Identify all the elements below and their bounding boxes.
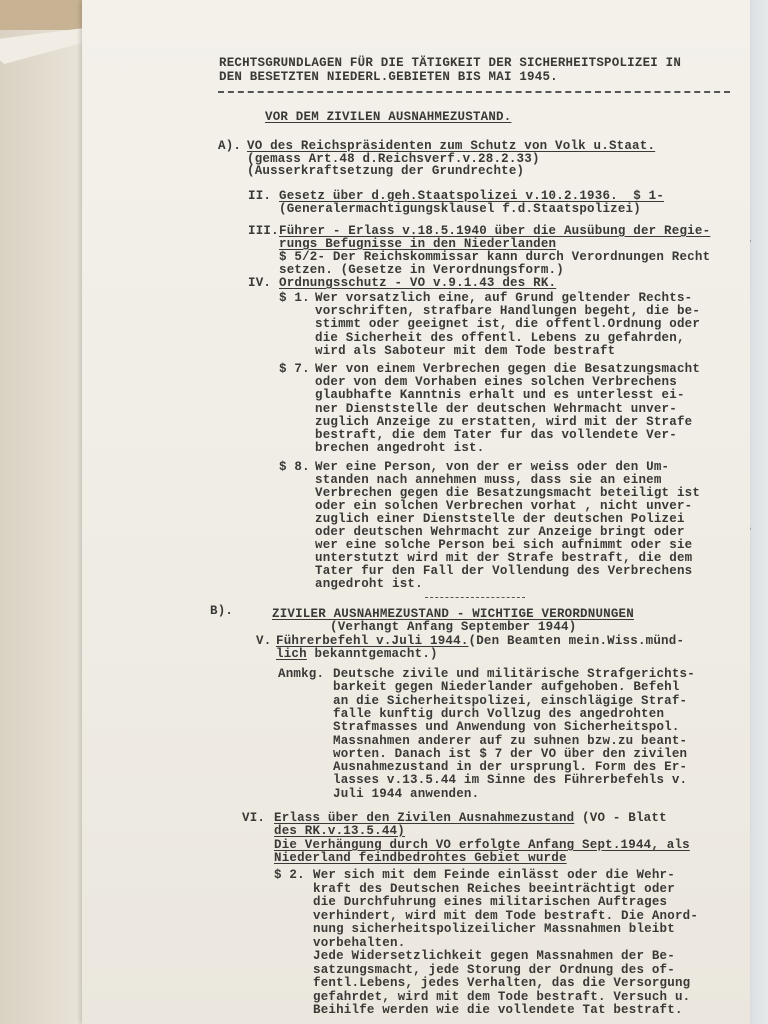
section-v-note: (Den Beamten mein.Wiss.münd- xyxy=(469,634,685,648)
section-vi-title: Erlass über den Zivilen Ausnahmezustand xyxy=(274,811,574,825)
section-vi-line1: Erlass über den Zivilen Ausnahmezustand … xyxy=(274,811,667,825)
section-iv-title: Ordnungsschutz - VO v.9.1.43 des RK. xyxy=(279,276,556,290)
paragraph-line: Deutsche zivile und militärische Strafge… xyxy=(333,667,695,681)
section-b-line2: (Verhangt Anfang September 1944) xyxy=(330,620,576,634)
paragraph-line: Juli 1944 anwenden. xyxy=(333,787,479,801)
paragraph-line: oder von dem Vorhaben eines solchen Verb… xyxy=(315,375,677,389)
section-vi-label: VI. xyxy=(242,811,265,825)
section-vi-line4: Niederland feindbedrohtes Gebiet wurde xyxy=(274,851,567,865)
paragraph-line: Wer sich mit dem Feinde einlässt oder di… xyxy=(313,868,675,882)
paragraph-8-label: $ 8. xyxy=(279,460,310,474)
section-v-label: V. xyxy=(256,634,271,648)
paragraph-line: ner Dienststelle der deutschen Wehrmacht… xyxy=(315,402,677,416)
section-b-title: ZIVILER AUSNAHMEZUSTAND - WICHTIGE VEROR… xyxy=(272,607,634,621)
section-a-line3: (Ausserkraftsetzung der Grundrechte) xyxy=(247,164,524,178)
paragraph-line: Wer von einem Verbrechen gegen die Besat… xyxy=(315,362,700,376)
section-iii-title: Führer - Erlass v.18.5.1940 über die Aus… xyxy=(279,224,710,238)
paragraph-line: oder deutschen Wehrmacht zur Anzeige bri… xyxy=(315,525,685,539)
document-title-line2: DEN BESETZTEN NIEDERL.GEBIETEN BIS MAI 1… xyxy=(219,70,558,84)
section-v-line2: lich bekanntgemacht.) xyxy=(276,647,438,661)
section-ii-title: Gesetz über d.geh.Staatspolizei v.10.2.1… xyxy=(279,189,664,203)
section-v-line1: Führerbefehl v.Juli 1944.(Den Beamten me… xyxy=(276,634,684,648)
paragraph-line: brechen angedroht ist. xyxy=(315,441,484,455)
paragraph-line: gefahrdet, wird mit dem Tode bestraft. V… xyxy=(313,990,690,1004)
paragraph-line: worten. Danach ist $ 7 der VO über den z… xyxy=(333,747,687,761)
paragraph-1-label: $ 1. xyxy=(279,291,310,305)
paragraph-line: oder ein solchen Verbrechen vorhat , nic… xyxy=(315,499,692,513)
paragraph-2-label: $ 2. xyxy=(274,868,305,882)
section-iii-line3: $ 5/2- Der Reichskommissar kann durch Ve… xyxy=(279,250,710,264)
paragraph-line: barkeit gegen Niederlander aufgehoben. B… xyxy=(333,680,680,694)
section-iii-line2: rungs Befugnisse in den Niederlanden xyxy=(279,237,556,251)
section-vi-line3: Die Verhängung durch VO erfolgte Anfang … xyxy=(274,838,690,852)
paragraph-line: unterstutzt wird mit der Strafe bestraft… xyxy=(315,551,692,565)
background-folder xyxy=(0,0,84,30)
paragraph-line: falle kunftig durch Vollzug des angedroh… xyxy=(333,707,664,721)
paragraph-line: Verbrechen gegen die Besatzungsmacht bet… xyxy=(315,486,700,500)
paragraph-line: Massnahmen anderer auf zu suhnen bzw.zu … xyxy=(333,734,687,748)
section-iii-line4: setzen. (Gesetze in Verordnungsform.) xyxy=(279,263,564,277)
paragraph-line: an die Sicherheitspolizei, einschlägige … xyxy=(333,694,687,708)
paragraph-line: Wer eine Person, von der er weiss oder d… xyxy=(315,460,669,474)
paragraph-line: wer eine solche Person bei sich aufnimmt… xyxy=(315,538,692,552)
paragraph-line: standen nach annehmen muss, dass sie an … xyxy=(315,473,662,487)
paragraph-line: zuglich einer Dienststelle der deutschen… xyxy=(315,512,685,526)
paragraph-line: bestraft, die dem Tater fur das vollende… xyxy=(315,428,677,442)
paragraph-line: Strafmasses und Anwendung von Sicherheit… xyxy=(333,720,680,734)
paragraph-line: wird als Saboteur mit dem Tode bestraft xyxy=(315,344,615,358)
paragraph-line: fentl.Lebens, jedes Verhalten, das die V… xyxy=(313,976,690,990)
section-b-label: B). xyxy=(210,604,233,618)
paragraph-line: stimmt oder geeignet ist, die offentl.Or… xyxy=(315,317,700,331)
paragraph-line: die Sicherheit des offentl. Lebens zu ge… xyxy=(315,331,685,345)
paragraph-7-label: $ 7. xyxy=(279,362,310,376)
separator-rule xyxy=(425,597,525,598)
section-heading: VOR DEM ZIVILEN AUSNAHMEZUSTAND. xyxy=(265,110,511,124)
paragraph-line: angedroht ist. xyxy=(315,577,423,591)
paragraph-line: satzungsmacht, jede Storung der Ordnung … xyxy=(313,963,675,977)
paragraph-line: die Durchfuhrung eines militarischen Auf… xyxy=(313,895,667,909)
section-v-line2-underlined: lich xyxy=(276,647,307,661)
paragraph-line: kraft des Deutschen Reiches beeinträchti… xyxy=(313,882,675,896)
title-rule xyxy=(218,91,730,93)
section-a-title: VO des Reichspräsidenten zum Schutz von … xyxy=(247,139,655,153)
section-v-title: Führerbefehl v.Juli 1944. xyxy=(276,634,469,648)
paragraph-line: Wer vorsatzlich eine, auf Grund geltende… xyxy=(315,291,692,305)
section-ii-line2: (Generalermachtigungsklausel f.d.Staatsp… xyxy=(279,202,641,216)
paragraph-line: lasses v.13.5.44 im Sinne des Führerbefe… xyxy=(333,773,687,787)
paragraph-line: vorbehalten. xyxy=(313,936,405,950)
paragraph-line: Beihilfe werden wie die vollendete Tat b… xyxy=(313,1003,683,1017)
paragraph-line: Jede Widersetzlichkeit gegen Massnahmen … xyxy=(313,949,675,963)
section-iv-label: IV. xyxy=(248,276,271,290)
section-a-label: A). xyxy=(218,139,241,153)
paragraph-line: glaubhafte Kanntnis erhalt und es unterl… xyxy=(315,388,685,402)
paragraph-line: verhindert, wird mit dem Tode bestraft. … xyxy=(313,909,698,923)
paragraph-line: Ausnahmezustand in der ursprungl. Form d… xyxy=(333,760,687,774)
annotation-label: Anmkg. xyxy=(278,667,324,681)
section-vi-line2: des RK.v.13.5.44) xyxy=(274,824,405,838)
paragraph-line: vorschriften, strafbare Handlungen begeh… xyxy=(315,304,700,318)
section-iii-label: III. xyxy=(248,224,279,238)
section-vi-source: (VO - Blatt xyxy=(574,811,666,825)
document-title-line1: RECHTSGRUNDLAGEN FÜR DIE TÄTIGKEIT DER S… xyxy=(219,56,681,70)
section-ii-label: II. xyxy=(248,189,271,203)
paragraph-line: nung sicherheitspolizeilicher Massnahmen… xyxy=(313,922,675,936)
background-paper-left xyxy=(0,0,95,1024)
paragraph-line: zuglich Anzeige zu erstatten, wird mit d… xyxy=(315,415,692,429)
paragraph-line: Tater fur den Fall der Vollendung des Ve… xyxy=(315,564,692,578)
section-v-line2-rest: bekanntgemacht.) xyxy=(307,647,438,661)
